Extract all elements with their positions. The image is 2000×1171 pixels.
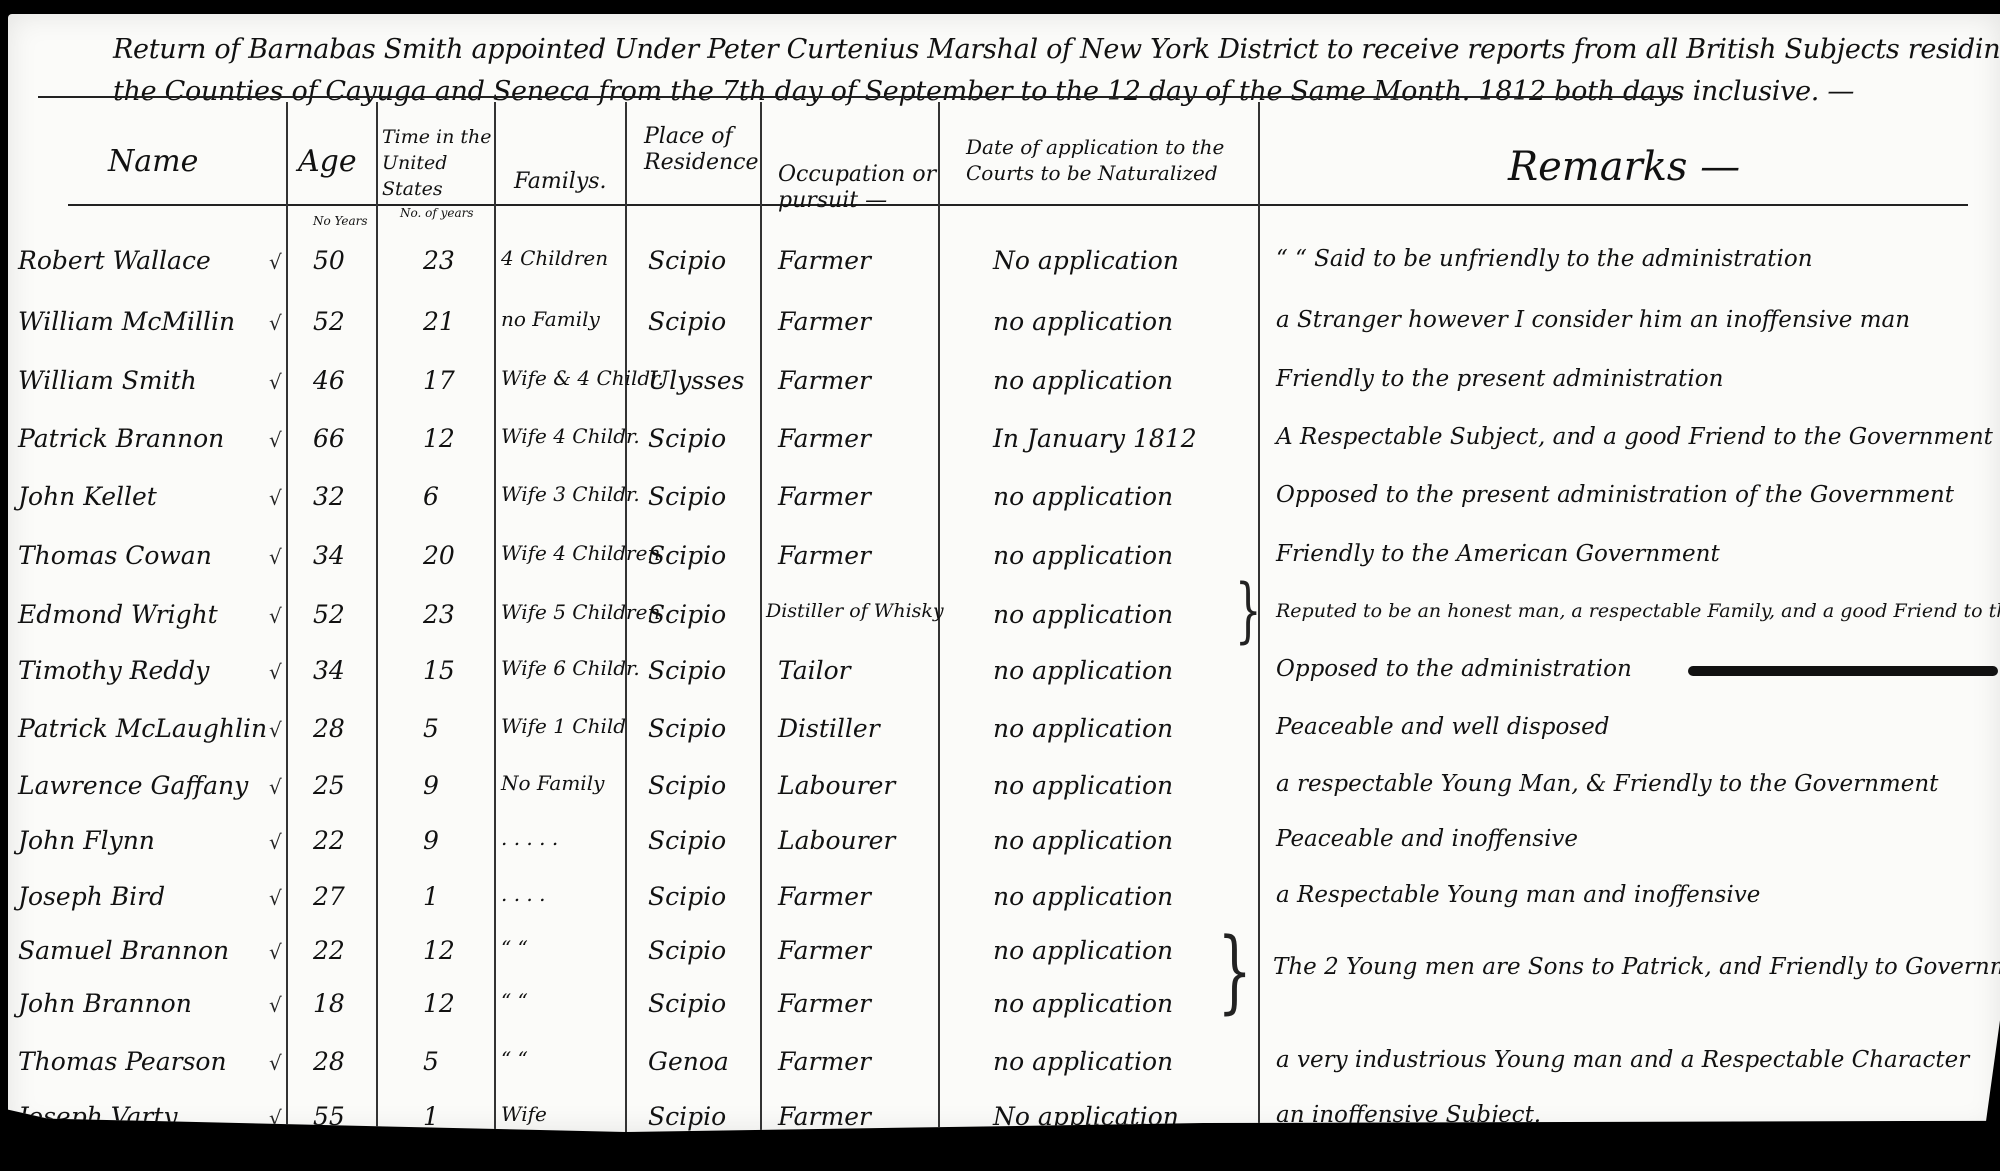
document-title-line-1: Return of Barnabas Smith appointed Under… (113, 34, 2000, 65)
crossed-out-text (1688, 666, 1998, 676)
cell-application-date: no application (993, 600, 1173, 629)
cell-remarks: a very industrious Young man and a Respe… (1276, 1047, 1969, 1073)
title-rule (38, 96, 1678, 98)
cell-residence: Scipio (648, 882, 726, 911)
cell-name: Patrick McLaughlin (18, 714, 267, 743)
cell-time-in-us: 12 (423, 936, 455, 965)
check-mark-icon: √ (269, 428, 282, 452)
cell-name: John Flynn (18, 826, 155, 855)
cell-residence: Scipio (648, 1102, 726, 1131)
cell-time-in-us: 17 (423, 366, 455, 395)
cell-occupation: Farmer (778, 482, 871, 511)
check-mark-icon: √ (269, 545, 282, 569)
cell-application-date: no application (993, 656, 1173, 685)
cell-residence: Scipio (648, 826, 726, 855)
check-mark-icon: √ (269, 604, 282, 628)
cell-occupation: Labourer (778, 826, 895, 855)
cell-name: Thomas Cowan (18, 541, 212, 570)
cell-age: 22 (313, 936, 345, 965)
check-mark-icon: √ (269, 1051, 282, 1075)
cell-occupation: Farmer (778, 882, 871, 911)
cell-family: “ “ (501, 989, 528, 1013)
cell-remarks: Peaceable and inoffensive (1276, 826, 1578, 852)
cell-application-date: no application (993, 882, 1173, 911)
cell-name: Joseph Varty (18, 1102, 178, 1131)
cell-time-in-us: 15 (423, 656, 455, 685)
check-mark-icon: √ (269, 775, 282, 799)
cell-residence: Scipio (648, 656, 726, 685)
cell-occupation: Farmer (778, 246, 871, 275)
cell-remarks: Friendly to the present administration (1276, 366, 1723, 392)
check-mark-icon: √ (269, 660, 282, 684)
cell-application-date: no application (993, 989, 1173, 1018)
check-mark-icon: √ (269, 830, 282, 854)
col-divider (376, 102, 378, 1132)
cell-occupation: Farmer (778, 936, 871, 965)
cell-age: 32 (313, 482, 345, 511)
cell-family: Wife (501, 1102, 547, 1126)
cell-time-in-us: 23 (423, 600, 455, 629)
cell-application-date: no application (993, 771, 1173, 800)
check-mark-icon: √ (269, 718, 282, 742)
cell-application-date: No application (993, 246, 1179, 275)
cell-time-in-us: 9 (423, 826, 439, 855)
cell-name: William Smith (18, 366, 197, 395)
cell-occupation: Farmer (778, 366, 871, 395)
check-mark-icon: √ (269, 370, 282, 394)
cell-time-in-us: 12 (423, 424, 455, 453)
check-mark-icon: √ (269, 250, 282, 274)
check-mark-icon: √ (269, 940, 282, 964)
cell-occupation: Distiller of Whisky (766, 600, 944, 622)
header-time: Time in the United States (382, 124, 492, 202)
cell-name: Timothy Reddy (18, 656, 209, 685)
cell-family: . . . . . (501, 826, 558, 850)
cell-remarks: Peaceable and well disposed (1276, 714, 1609, 740)
cell-application-date: no application (993, 936, 1173, 965)
cell-family: Wife 6 Childr. (501, 656, 640, 680)
cell-name: Lawrence Gaffany (18, 771, 248, 800)
cell-remarks: Friendly to the American Government (1276, 541, 1720, 567)
cell-age: 22 (313, 826, 345, 855)
cell-family: Wife 1 Child (501, 714, 626, 738)
cell-age: 28 (313, 714, 345, 743)
cell-name: Joseph Bird (18, 882, 165, 911)
header-age-sub: No Years (313, 214, 368, 228)
cell-age: 27 (313, 882, 345, 911)
cell-application-date: no application (993, 714, 1173, 743)
cell-family: no Family (501, 307, 600, 331)
cell-remarks: a Respectable Young man and inoffensive (1276, 882, 1760, 908)
cell-age: 34 (313, 541, 345, 570)
header-family: Familys. (514, 169, 607, 195)
cell-name: Robert Wallace (18, 246, 211, 275)
header-remarks: Remarks — (1508, 154, 1740, 180)
document-page: Return of Barnabas Smith appointed Under… (8, 14, 2000, 1132)
check-mark-icon: √ (269, 486, 282, 510)
cell-application-date: no application (993, 1047, 1173, 1076)
col-divider (286, 102, 288, 1132)
cell-occupation: Farmer (778, 1102, 871, 1131)
cell-family: No Family (501, 771, 604, 795)
cell-family: . . . . (501, 882, 546, 906)
cell-family: Wife 4 Children (501, 541, 660, 565)
cell-family: “ “ (501, 936, 528, 960)
cell-remarks: “ “ Said to be unfriendly to the adminis… (1276, 246, 1813, 272)
cell-residence: Scipio (648, 714, 726, 743)
cell-remarks: a Stranger however I consider him an ino… (1276, 307, 1910, 333)
cell-age: 28 (313, 1047, 345, 1076)
cell-occupation: Farmer (778, 1047, 871, 1076)
cell-residence: Genoa (648, 1047, 729, 1076)
cell-residence: Scipio (648, 482, 726, 511)
check-mark-icon: √ (269, 886, 282, 910)
cell-occupation: Distiller (778, 714, 880, 743)
cell-occupation: Farmer (778, 989, 871, 1018)
cell-family: Wife 3 Childr. (501, 482, 640, 506)
cell-residence: Scipio (648, 936, 726, 965)
header-rule (68, 204, 1968, 206)
cell-remarks: Opposed to the present administration of… (1276, 482, 1954, 508)
cell-remarks: a respectable Young Man, & Friendly to t… (1276, 771, 1938, 797)
cell-family: Wife & 4 Childr. (501, 366, 664, 390)
cell-time-in-us: 1 (423, 1102, 439, 1131)
cell-age: 25 (313, 771, 345, 800)
cell-residence: Scipio (648, 541, 726, 570)
header-name: Name (108, 149, 198, 175)
header-application: Date of application to the Courts to be … (966, 134, 1256, 186)
document-title-line-2: the Counties of Cayuga and Seneca from t… (113, 76, 1854, 107)
cell-time-in-us: 20 (423, 541, 455, 570)
header-time-sub: No. of years (400, 206, 474, 220)
check-mark-icon: √ (269, 993, 282, 1017)
cell-occupation: Farmer (778, 307, 871, 336)
cell-name: John Kellet (18, 482, 157, 511)
cell-remarks: an inoffensive Subject. (1276, 1102, 1541, 1128)
cell-time-in-us: 1 (423, 882, 439, 911)
col-divider (494, 102, 496, 1132)
cell-occupation: Farmer (778, 541, 871, 570)
cell-family: Wife 5 Children (501, 600, 660, 624)
cell-age: 66 (313, 424, 345, 453)
cell-remarks: A Respectable Subject, and a good Friend… (1276, 424, 1993, 450)
cell-residence: Scipio (648, 771, 726, 800)
col-divider (760, 102, 762, 1132)
header-occupation: Occupation or pursuit — (778, 162, 938, 214)
cell-family: “ “ (501, 1047, 528, 1071)
cell-application-date: no application (993, 541, 1173, 570)
cell-age: 52 (313, 600, 345, 629)
cell-remarks: Opposed to the administration (1276, 656, 1632, 682)
cell-time-in-us: 5 (423, 714, 439, 743)
cell-residence: Scipio (648, 246, 726, 275)
cell-age: 55 (313, 1102, 345, 1131)
cell-name: Patrick Brannon (18, 424, 224, 453)
cell-name: Samuel Brannon (18, 936, 229, 965)
check-mark-icon: √ (269, 1106, 282, 1130)
cell-application-date: no application (993, 482, 1173, 511)
cell-residence: Scipio (648, 989, 726, 1018)
bracket-brannon-sons: } (1217, 919, 1251, 1024)
cell-time-in-us: 9 (423, 771, 439, 800)
cell-family: Wife 4 Childr. (501, 424, 640, 448)
cell-name: Thomas Pearson (18, 1047, 227, 1076)
cell-residence: Scipio (648, 600, 726, 629)
cell-age: 52 (313, 307, 345, 336)
cell-application-date: No application (993, 1102, 1179, 1131)
cell-time-in-us: 23 (423, 246, 455, 275)
cell-residence: Scipio (648, 424, 726, 453)
cell-time-in-us: 12 (423, 989, 455, 1018)
cell-time-in-us: 6 (423, 482, 439, 511)
cell-application-date: no application (993, 366, 1173, 395)
cell-application-date: In January 1812 (993, 424, 1197, 453)
cell-time-in-us: 21 (423, 307, 455, 336)
header-residence: Place of Residence (644, 124, 754, 176)
bracket-edmond-wright: } (1235, 569, 1262, 651)
cell-family: 4 Children (501, 246, 608, 270)
cell-time-in-us: 5 (423, 1047, 439, 1076)
cell-residence: Scipio (648, 307, 726, 336)
cell-age: 34 (313, 656, 345, 685)
cell-residence: Ulysses (648, 366, 744, 395)
cell-occupation: Farmer (778, 424, 871, 453)
cell-remarks: Reputed to be an honest man, a respectab… (1276, 600, 2000, 622)
cell-occupation: Labourer (778, 771, 895, 800)
bracketed-remark: The 2 Young men are Sons to Patrick, and… (1273, 954, 2000, 980)
cell-age: 18 (313, 989, 345, 1018)
cell-age: 46 (313, 366, 345, 395)
cell-name: William McMillin (18, 307, 235, 336)
cell-name: John Brannon (18, 989, 192, 1018)
cell-application-date: no application (993, 826, 1173, 855)
cell-application-date: no application (993, 307, 1173, 336)
cell-name: Edmond Wright (18, 600, 218, 629)
cell-occupation: Tailor (778, 656, 851, 685)
cell-age: 50 (313, 246, 345, 275)
check-mark-icon: √ (269, 311, 282, 335)
header-age: Age (298, 149, 357, 175)
